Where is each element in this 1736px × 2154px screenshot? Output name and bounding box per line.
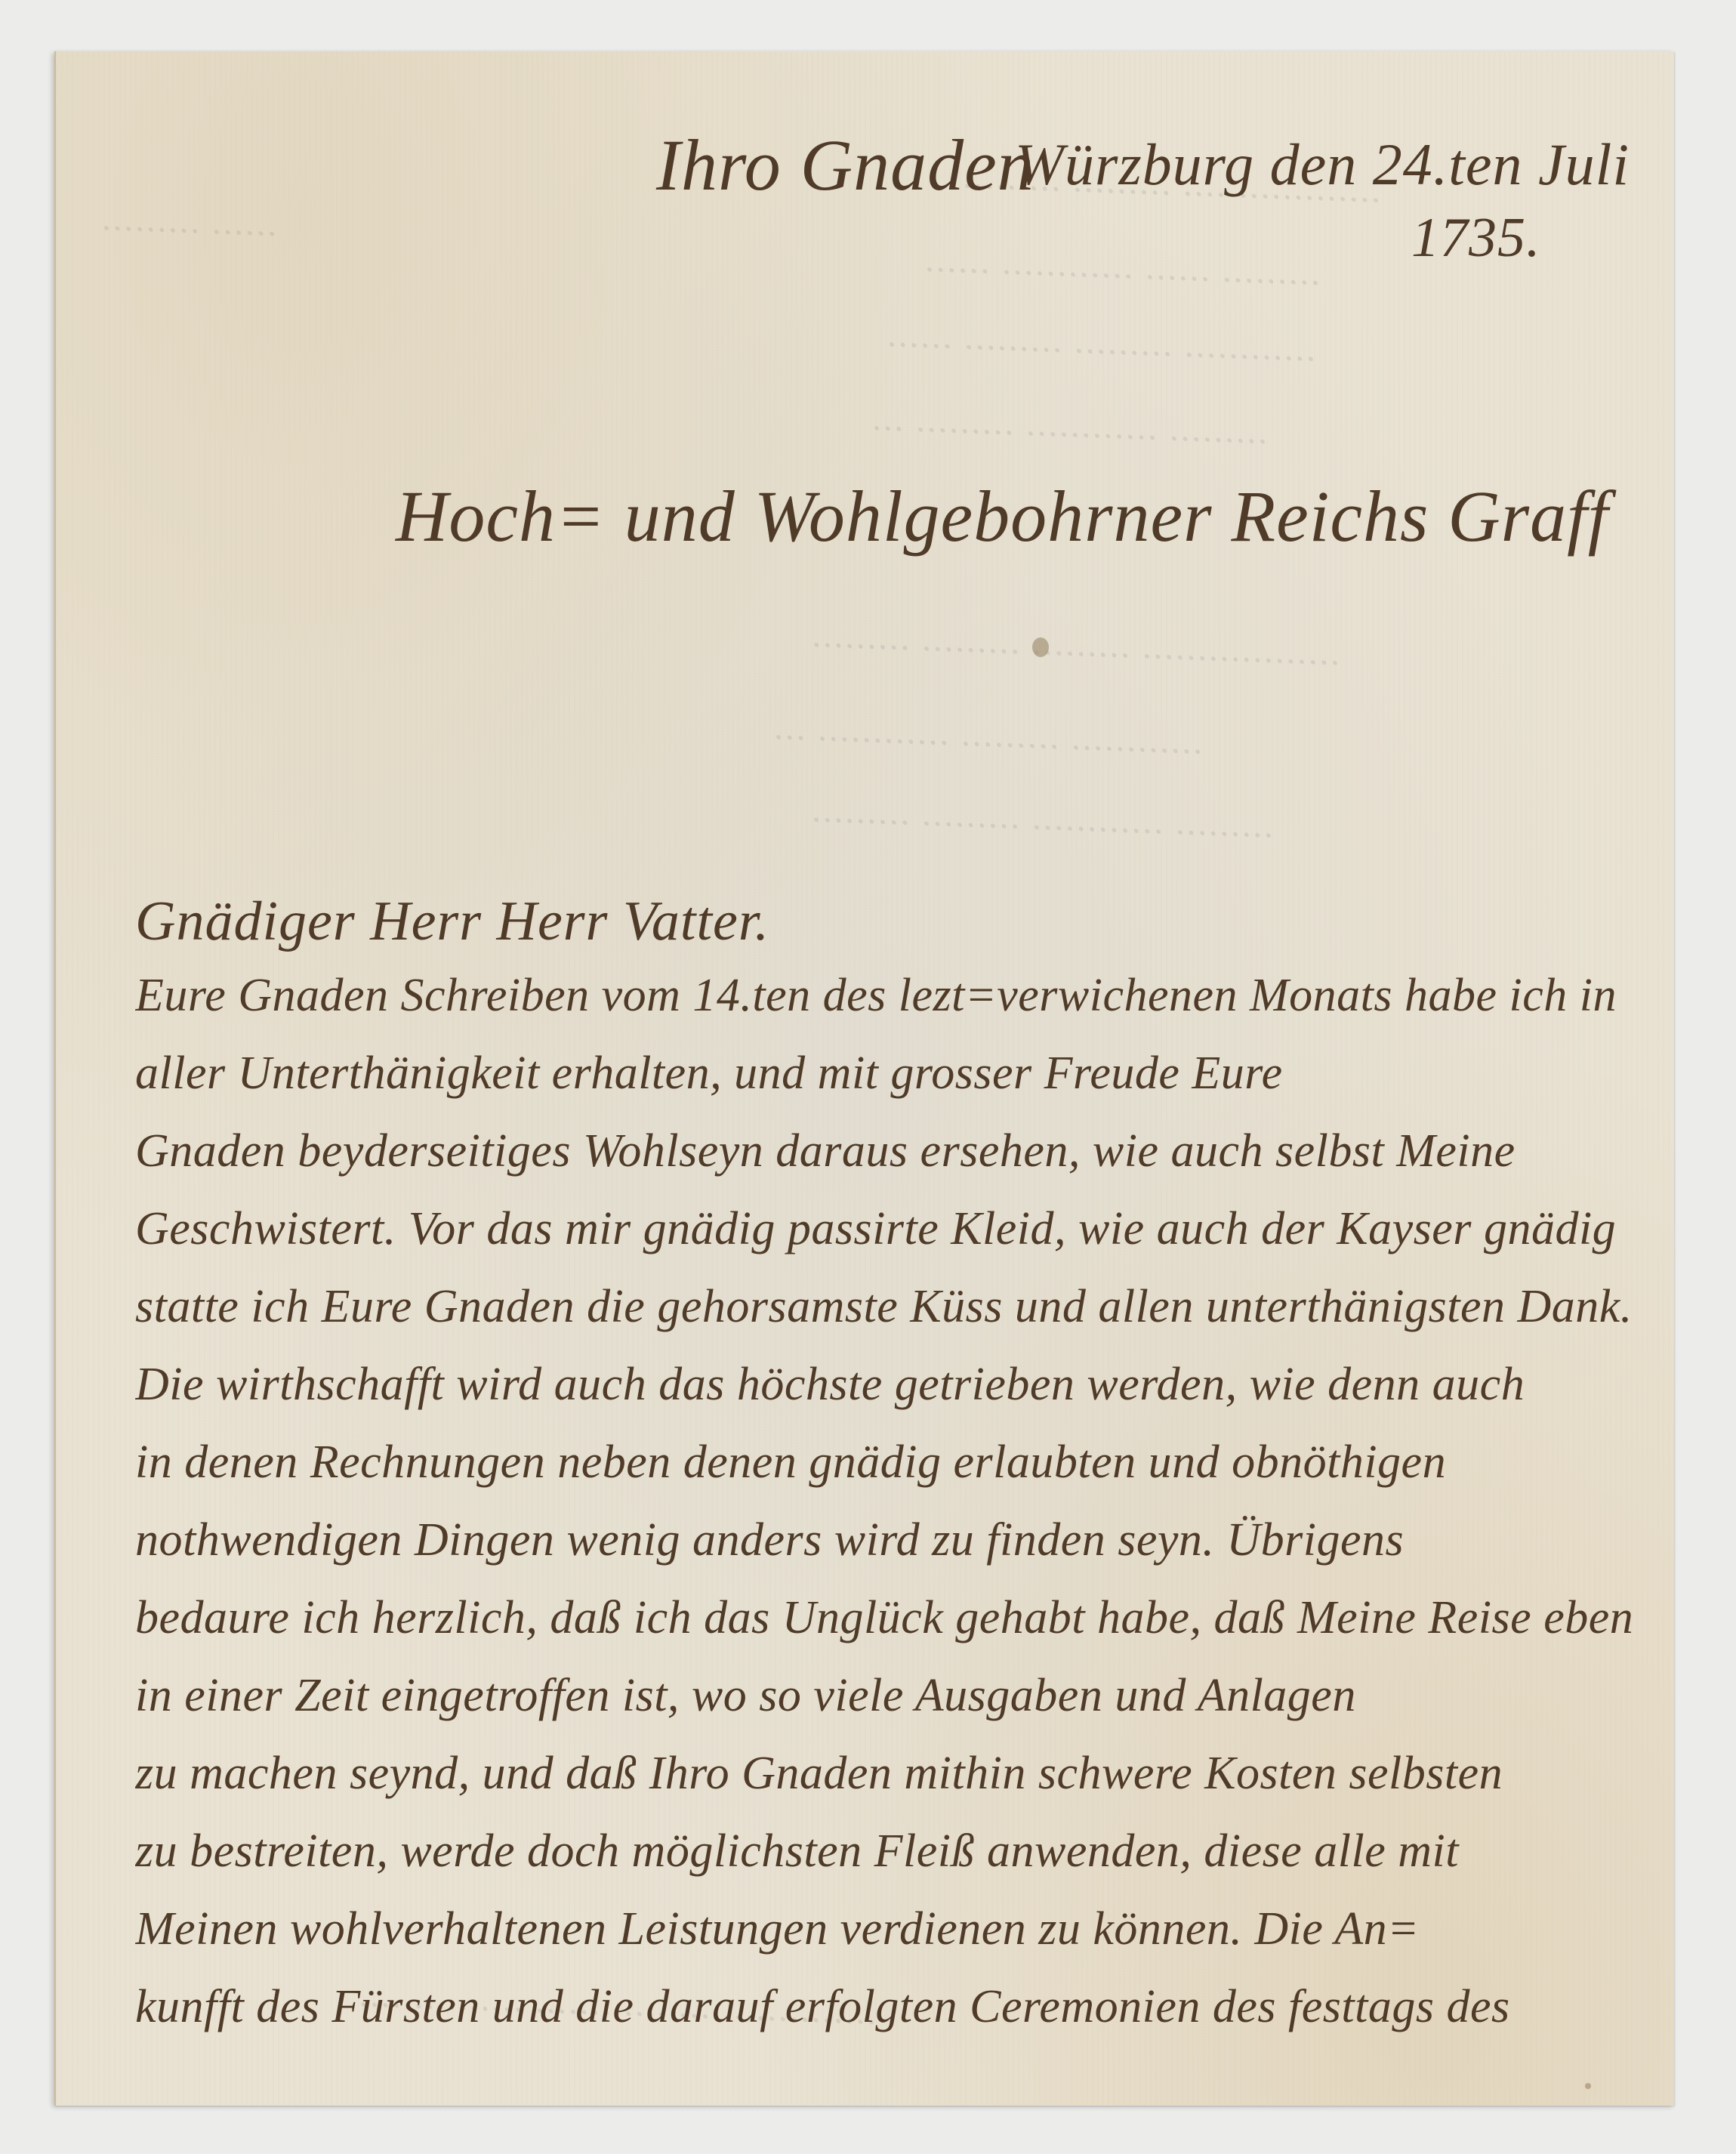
body-line: Gnaden beyderseitiges Wohlseyn daraus er…: [135, 1125, 1691, 1178]
body-line: bedaure ich herzlich, daß ich das Unglüc…: [135, 1591, 1691, 1645]
body-line: nothwendigen Dingen wenig anders wird zu…: [135, 1514, 1691, 1567]
body-line: kunfft des Fürsten und die darauf erfolg…: [135, 1980, 1691, 2034]
body-line: in denen Rechnungen neben denen gnädig e…: [135, 1436, 1691, 1489]
address-line: Gnädiger Herr Herr Vatter.: [135, 890, 769, 954]
body-line: Geschwistert. Vor das mir gnädig passirt…: [135, 1202, 1691, 1256]
body-line: Meinen wohlverhaltenen Leistungen verdie…: [135, 1902, 1691, 1956]
body-line: Eure Gnaden Schreiben vom 14.ten des lez…: [135, 969, 1691, 1023]
body-line: statte ich Eure Gnaden die gehorsamste K…: [135, 1280, 1691, 1334]
body-line: Die wirthschafft wird auch das höchste g…: [135, 1358, 1691, 1412]
letter-sheet: ……………… ……… ……… ……… …… ………… …… ………… ……… ……: [54, 51, 1674, 2106]
foxing-spot: [1585, 2083, 1591, 2089]
body-line: in einer Zeit eingetroffen ist, wo so vi…: [135, 1669, 1691, 1723]
place-date: Würzburg den 24.ten Juli: [1015, 131, 1630, 199]
body-line: aller Unterthänigkeit erhalten, und mit …: [135, 1047, 1691, 1100]
body-line: zu bestreiten, werde doch möglichsten Fl…: [135, 1825, 1691, 1878]
body-line: zu machen seynd, und daß Ihro Gnaden mit…: [135, 1747, 1691, 1801]
addressee-short: Ihro Gnaden: [656, 123, 1035, 207]
salutation-title: Hoch= und Wohlgebohrner Reichs Graff: [396, 474, 1608, 558]
year: 1735.: [1411, 206, 1541, 270]
paper-stain: [1032, 637, 1049, 657]
